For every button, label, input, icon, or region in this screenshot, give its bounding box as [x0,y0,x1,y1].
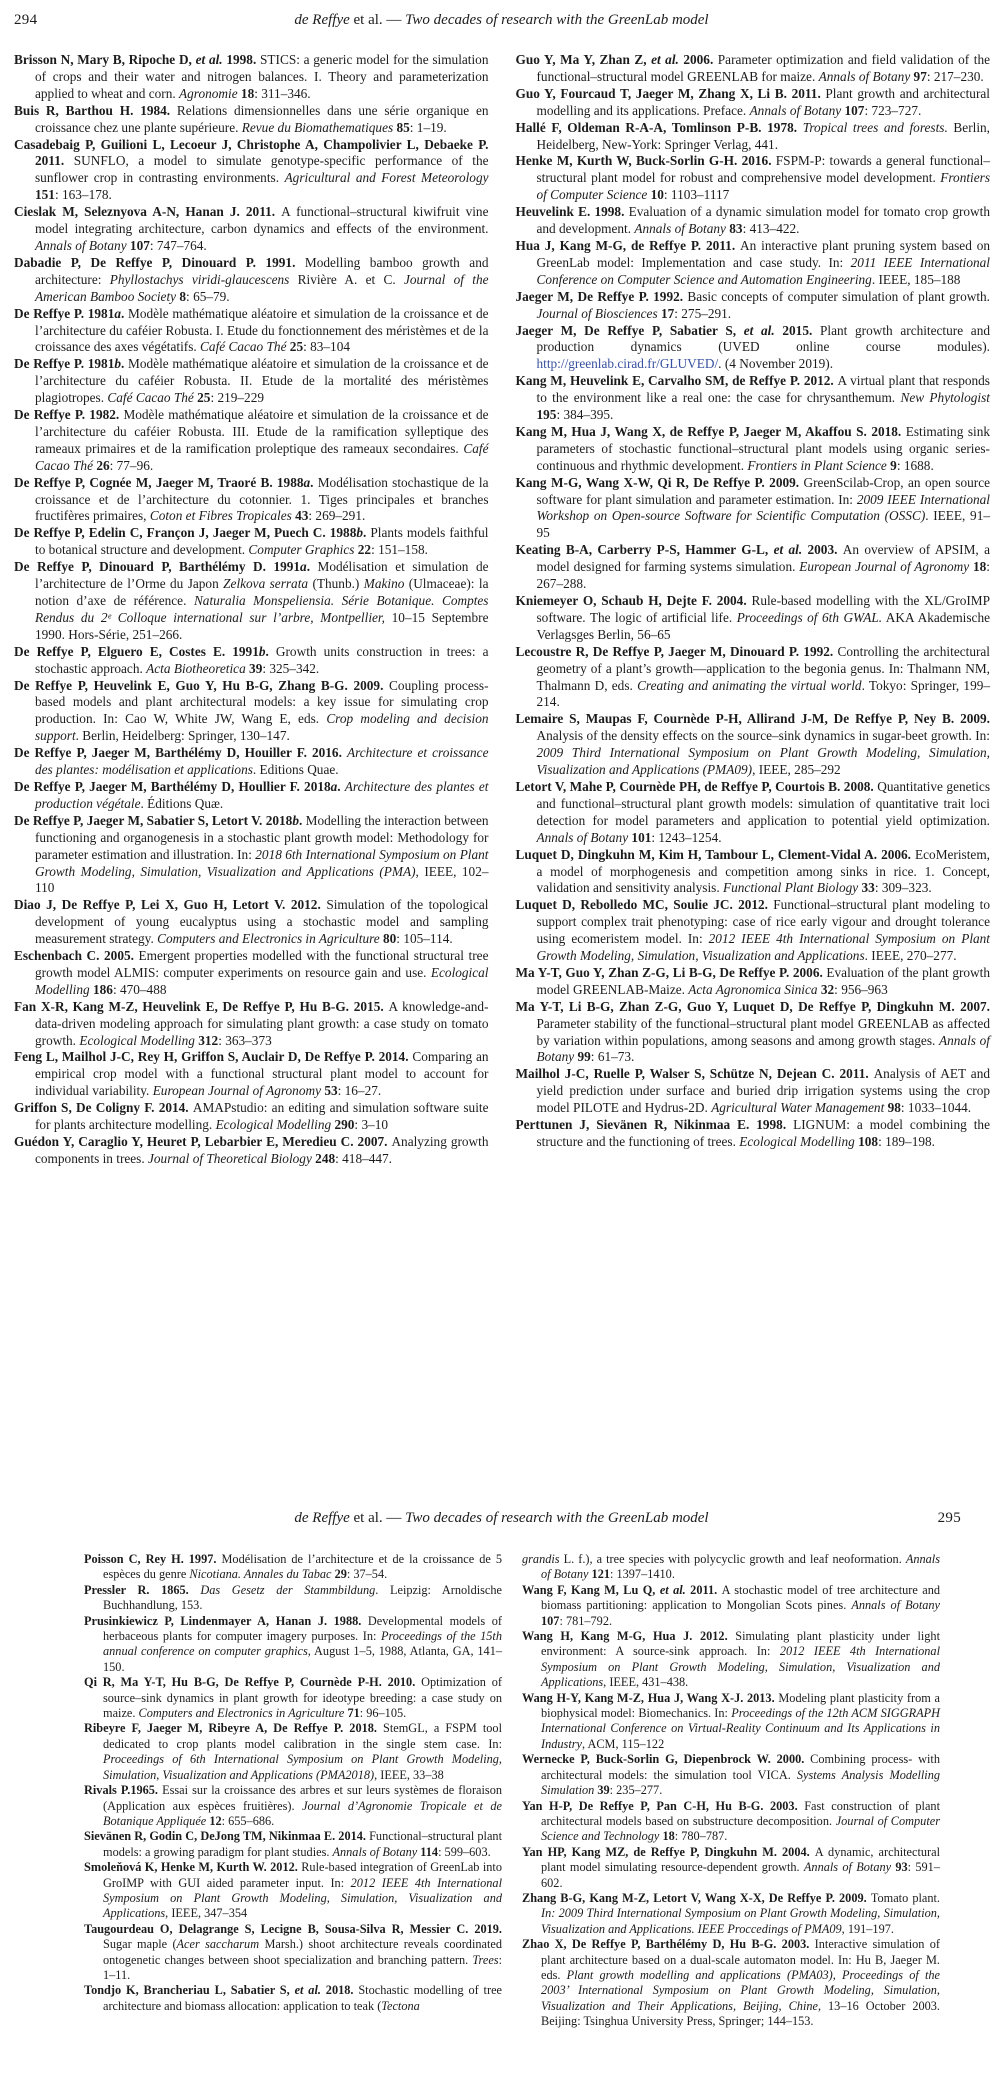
reference-item: Kang M-G, Wang X-W, Qi R, De Reffye P. 2… [516,475,991,543]
references-columns: Poisson C, Rey H. 1997. Modélisation de … [0,1536,1003,2030]
reference-item: Kniemeyer O, Schaub H, Dejte F. 2004. Ru… [516,593,991,644]
reference-url-link[interactable]: http://greenlab.cirad.fr/GLUVED/ [537,356,719,371]
reference-item: Buis R, Barthou H. 1984. Relations dimen… [14,103,489,137]
reference-item: Poisson C, Rey H. 1997. Modélisation de … [84,1552,502,1583]
reference-item: De Reffye P, Edelin C, Françon J, Jaeger… [14,525,489,559]
reference-item: Ma Y-T, Li B-G, Zhan Z-G, Guo Y, Luquet … [516,999,991,1067]
reference-item: Keating B-A, Carberry P-S, Hammer G-L, e… [516,542,991,593]
reference-item: Luquet D, Dingkuhn M, Kim H, Tambour L, … [516,847,991,898]
reference-item: Guédon Y, Caraglio Y, Heuret P, Lebarbie… [14,1134,489,1168]
reference-item: Kang M, Hua J, Wang X, de Reffye P, Jaeg… [516,424,991,475]
reference-item: Sievänen R, Godin C, DeJong TM, Nikinmaa… [84,1829,502,1860]
reference-item: Letort V, Mahe P, Cournède PH, de Reffye… [516,779,991,847]
reference-item: De Reffye P, Dinouard P, Barthélémy D. 1… [14,559,489,644]
reference-item: Mailhol J-C, Ruelle P, Walser S, Schütze… [516,1066,991,1117]
reference-item: Zhao X, De Reffye P, Barthélémy D, Hu B-… [522,1937,940,2029]
reference-item: Ma Y-T, Guo Y, Zhan Z-G, Li B-G, De Reff… [516,965,991,999]
reference-item: Yan H-P, De Reffye P, Pan C-H, Hu B-G. 2… [522,1799,940,1845]
running-title: de Reffye et al. — Two decades of resear… [0,12,1003,29]
running-title-etal: et al. [350,1510,387,1526]
reference-item: Luquet D, Rebolledo MC, Soulie JC. 2012.… [516,897,991,965]
reference-item: Lemaire S, Maupas F, Cournède P-H, Allir… [516,711,991,779]
reference-item: Wernecke P, Buck-Sorlin G, Diepenbrock W… [522,1752,940,1798]
reference-item: Pressler R. 1865. Das Gesetz der Stammbi… [84,1583,502,1614]
reference-item: Brisson N, Mary B, Ripoche D, et al. 199… [14,52,489,103]
page-header-295: de Reffye et al. — Two decades of resear… [0,1510,1003,1536]
reference-item: Wang H-Y, Kang M-Z, Hua J, Wang X-J. 201… [522,1691,940,1753]
page-number: 294 [14,12,37,29]
reference-item: Cieslak M, Seleznyova A-N, Hanan J. 2011… [14,204,489,255]
reference-item: Hua J, Kang M-G, de Reffye P. 2011. An i… [516,238,991,289]
reference-item: grandis L. f.), a tree species with poly… [522,1552,940,1583]
running-title-dash: — [386,1510,405,1526]
reference-item: De Reffye P, Jaeger M, Barthélémy D, Hou… [14,779,489,813]
running-title-author: de Reffye [294,1510,349,1526]
page-number: 295 [938,1510,961,1527]
reference-item: Prusinkiewicz P, Lindenmayer A, Hanan J.… [84,1614,502,1676]
reference-item: Wang F, Kang M, Lu Q, et al. 2011. A sto… [522,1583,940,1629]
reference-item: De Reffye P, Jaeger M, Sabatier S, Letor… [14,813,489,898]
reference-item: De Reffye P, Elguero E, Costes E. 1991b.… [14,644,489,678]
reference-item: Jaeger M, De Reffye P, Sabatier S, et al… [516,323,991,374]
reference-item: Rivals P.1965. Essai sur la croissance d… [84,1783,502,1829]
reference-item: De Reffye P, Cognée M, Jaeger M, Traoré … [14,475,489,526]
running-title-text: Two decades of research with the GreenLa… [405,12,708,28]
reference-item: Lecoustre R, De Reffye P, Jaeger M, Dino… [516,644,991,712]
page-header-294: 294 de Reffye et al. — Two decades of re… [0,12,1003,38]
reference-item: De Reffye P, Jaeger M, Barthélémy D, Hou… [14,745,489,779]
reference-item: Smoleňová K, Henke M, Kurth W. 2012. Rul… [84,1860,502,1922]
reference-item: Perttunen J, Sievänen R, Nikinmaa E. 199… [516,1117,991,1151]
references-column-right: Guo Y, Ma Y, Zhan Z, et al. 2006. Parame… [516,52,991,1151]
reference-item: Casadebaig P, Guilioni L, Lecoeur J, Chr… [14,137,489,205]
running-title-text: Two decades of research with the GreenLa… [405,1510,708,1526]
references-column-right: grandis L. f.), a tree species with poly… [522,1552,940,2030]
reference-item: Hallé F, Oldeman R-A-A, Tomlinson P-B. 1… [516,120,991,154]
reference-item: Jaeger M, De Reffye P. 1992. Basic conce… [516,289,991,323]
reference-item: Henke M, Kurth W, Buck-Sorlin G-H. 2016.… [516,153,991,204]
reference-item: Feng L, Mailhol J-C, Rey H, Griffon S, A… [14,1049,489,1100]
reference-item: Griffon S, De Coligny F. 2014. AMAPstudi… [14,1100,489,1134]
reference-item: Zhang B-G, Kang M-Z, Letort V, Wang X-X,… [522,1891,940,1937]
reference-item: Taugourdeau O, Delagrange S, Lecigne B, … [84,1922,502,1984]
reference-item: Qi R, Ma Y-T, Hu B-G, De Reffye P, Courn… [84,1675,502,1721]
reference-item: Kang M, Heuvelink E, Carvalho SM, de Ref… [516,373,991,424]
reference-item: Guo Y, Ma Y, Zhan Z, et al. 2006. Parame… [516,52,991,86]
running-title-dash: — [386,12,405,28]
references-columns: Brisson N, Mary B, Ripoche D, et al. 199… [0,38,1003,1168]
reference-item: De Reffye P. 1981b. Modèle mathématique … [14,356,489,407]
reference-item: Fan X-R, Kang M-Z, Heuvelink E, De Reffy… [14,999,489,1050]
reference-item: Guo Y, Fourcaud T, Jaeger M, Zhang X, Li… [516,86,991,120]
reference-item: Wang H, Kang M-G, Hua J. 2012. Simulatin… [522,1629,940,1691]
references-column-left: Brisson N, Mary B, Ripoche D, et al. 199… [14,52,489,1168]
page-294: 294 de Reffye et al. — Two decades of re… [0,0,1003,1460]
reference-item: Eschenbach C. 2005. Emergent properties … [14,948,489,999]
running-title: de Reffye et al. — Two decades of resear… [0,1510,1003,1527]
running-title-author: de Reffye [294,12,349,28]
reference-item: De Reffye P, Heuvelink E, Guo Y, Hu B-G,… [14,678,489,746]
running-title-etal: et al. [350,12,387,28]
reference-item: Yan HP, Kang MZ, de Reffye P, Dingkuhn M… [522,1845,940,1891]
reference-item: De Reffye P. 1981a. Modèle mathématique … [14,306,489,357]
reference-item: Diao J, De Reffye P, Lei X, Guo H, Letor… [14,897,489,948]
references-column-left: Poisson C, Rey H. 1997. Modélisation de … [84,1552,502,2014]
reference-item: Heuvelink E. 1998. Evaluation of a dynam… [516,204,991,238]
reference-item: Dabadie P, De Reffye P, Dinouard P. 1991… [14,255,489,306]
reference-item: Ribeyre F, Jaeger M, Ribeyre A, De Reffy… [84,1721,502,1783]
reference-item: De Reffye P. 1982. Modèle mathématique a… [14,407,489,475]
page-295: de Reffye et al. — Two decades of resear… [0,1480,1003,2092]
reference-item: Tondjo K, Brancheriau L, Sabatier S, et … [84,1983,502,2014]
